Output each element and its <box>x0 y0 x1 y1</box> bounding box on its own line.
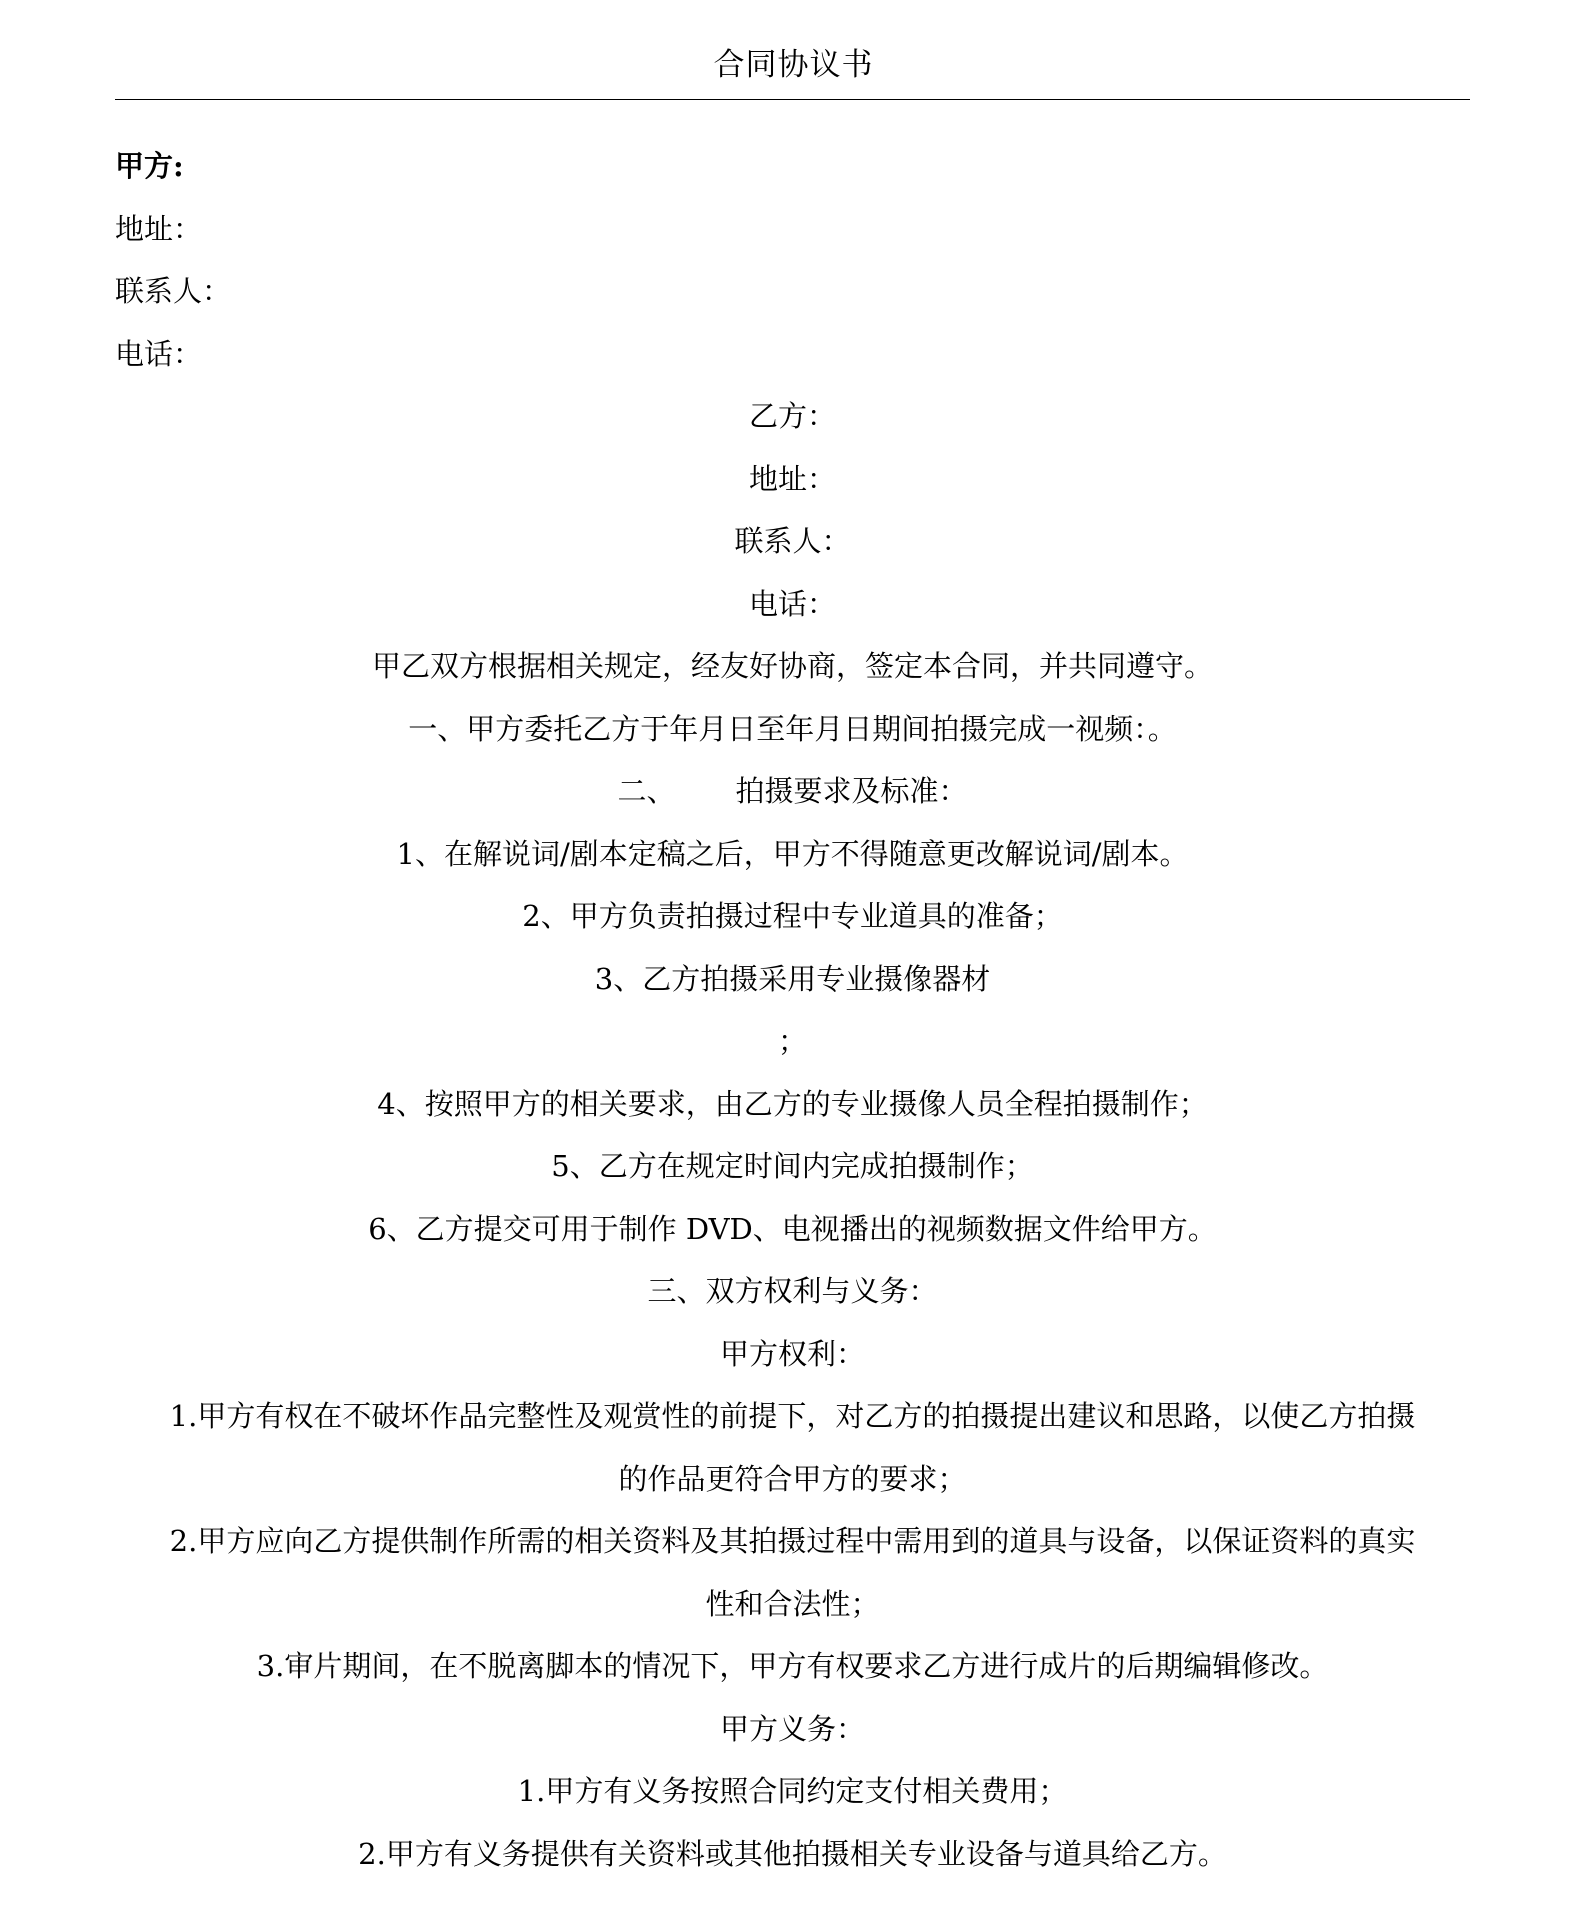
requirement-item: 6、乙方提交可用于制作 DVD、电视播出的视频数据文件给甲方。 <box>115 1198 1470 1261</box>
requirement-item: 3、乙方拍摄采用专业摄像器材 <box>115 948 1470 1011</box>
party-b-contact-label: 联系人： <box>115 510 1470 573</box>
party-b-address-label: 地址： <box>115 448 1470 511</box>
rights-item: 1.甲方有权在不破坏作品完整性及观赏性的前提下，对乙方的拍摄提出建议和思路，以使… <box>115 1385 1470 1448</box>
rights-item: 3.审片期间，在不脱离脚本的情况下，甲方有权要求乙方进行成片的后期编辑修改。 <box>115 1635 1470 1698</box>
requirement-item: 2、甲方负责拍摄过程中专业道具的准备； <box>115 885 1470 948</box>
party-a-name-label: 甲方: <box>115 135 1470 198</box>
party-b-phone-label: 电话： <box>115 573 1470 636</box>
section-2-heading: 二、拍摄要求及标准： <box>115 760 1470 823</box>
section-2-number: 二、 <box>617 774 675 808</box>
party-a-rights-heading: 甲方权利： <box>115 1323 1470 1386</box>
rights-item-continuation: 性和合法性； <box>115 1573 1470 1636</box>
party-a-address-label: 地址： <box>115 198 1470 261</box>
requirement-item: 4、按照甲方的相关要求，由乙方的专业摄像人员全程拍摄制作； <box>115 1073 1470 1136</box>
rights-item-continuation: 的作品更符合甲方的要求； <box>115 1448 1470 1511</box>
preamble: 甲乙双方根据相关规定，经友好协商，签定本合同，并共同遵守。 <box>115 635 1470 698</box>
document-body: 甲方: 地址： 联系人： 电话： 乙方： 地址： 联系人： 电话： 甲乙双方根据… <box>115 135 1470 1885</box>
party-a-phone-label: 电话： <box>115 323 1470 386</box>
document-title: 合同协议书 <box>0 42 1587 88</box>
requirement-item: 5、乙方在规定时间内完成拍摄制作； <box>115 1135 1470 1198</box>
duties-item: 1.甲方有义务按照合同约定支付相关费用； <box>115 1760 1470 1823</box>
requirement-item: 1、在解说词/剧本定稿之后，甲方不得随意更改解说词/剧本。 <box>115 823 1470 886</box>
duties-item: 2.甲方有义务提供有关资料或其他拍摄相关专业设备与道具给乙方。 <box>115 1823 1470 1886</box>
party-a-contact-label: 联系人： <box>115 260 1470 323</box>
section-1: 一、甲方委托乙方于年月日至年月日期间拍摄完成一视频：。 <box>115 698 1470 761</box>
party-b-name-label: 乙方： <box>115 385 1470 448</box>
section-3-heading: 三、双方权利与义务： <box>115 1260 1470 1323</box>
rights-item: 2.甲方应向乙方提供制作所需的相关资料及其拍摄过程中需用到的道具与设备，以保证资… <box>115 1510 1470 1573</box>
requirement-item-continuation: ； <box>115 1010 1470 1073</box>
section-2-title: 拍摄要求及标准： <box>736 774 968 808</box>
party-a-duties-heading: 甲方义务： <box>115 1698 1470 1761</box>
title-divider <box>115 99 1470 100</box>
